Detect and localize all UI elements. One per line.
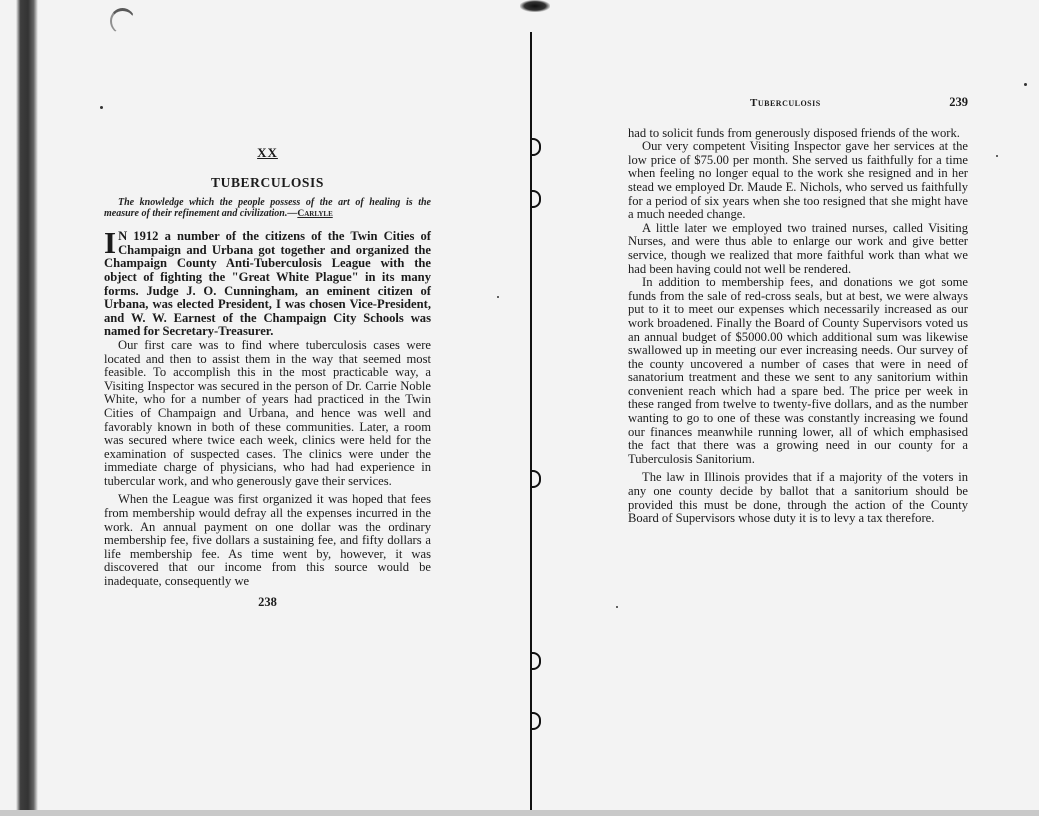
running-header: Tuberculosis 239 xyxy=(628,96,968,111)
scan-bottom-edge xyxy=(0,810,1039,816)
paragraph: When the League was first organized it w… xyxy=(104,493,431,588)
scan-speck xyxy=(497,296,499,298)
binding-shadow xyxy=(16,0,38,816)
scan-speck xyxy=(996,155,998,157)
paragraph: In addition to membership fees, and dona… xyxy=(628,276,968,466)
scan-speck xyxy=(1024,83,1027,86)
scan-speck xyxy=(616,606,618,608)
gutter-crease xyxy=(531,190,541,208)
gutter-crease xyxy=(531,652,541,670)
gutter-ink-blot xyxy=(520,0,550,12)
chapter-title: TUBERCULOSIS xyxy=(104,176,431,190)
paragraph-text: N 1912 a number of the citizens of the T… xyxy=(104,229,431,338)
page-number: 239 xyxy=(949,96,968,110)
paragraph: Our first care was to find where tubercu… xyxy=(104,339,431,489)
right-page: Tuberculosis 239 had to solicit funds fr… xyxy=(628,96,968,526)
scanned-book-spread: XX TUBERCULOSIS The knowledge which the … xyxy=(0,0,1039,816)
gutter-crease xyxy=(531,712,541,730)
paragraph: The law in Illinois provides that if a m… xyxy=(628,471,968,525)
punch-hole-mark xyxy=(110,8,135,34)
paragraph: IN 1912 a number of the citizens of the … xyxy=(104,230,431,339)
epigraph: The knowledge which the people possess o… xyxy=(104,197,431,220)
chapter-number: XX xyxy=(104,146,431,160)
page-number: 238 xyxy=(104,596,431,610)
left-page: XX TUBERCULOSIS The knowledge which the … xyxy=(104,146,431,609)
gutter-crease xyxy=(531,138,541,156)
paragraph: Our very competent Visiting Inspector ga… xyxy=(628,140,968,222)
epigraph-attribution: Carlyle xyxy=(297,209,332,219)
paragraph: had to solicit funds from generously dis… xyxy=(628,127,968,141)
epigraph-text: The knowledge which the people possess o… xyxy=(104,197,431,219)
drop-cap: I xyxy=(104,230,116,256)
running-title: Tuberculosis xyxy=(750,97,821,111)
scan-speck xyxy=(100,106,103,109)
gutter-crease xyxy=(531,470,541,488)
paragraph: A little later we employed two trained n… xyxy=(628,222,968,276)
